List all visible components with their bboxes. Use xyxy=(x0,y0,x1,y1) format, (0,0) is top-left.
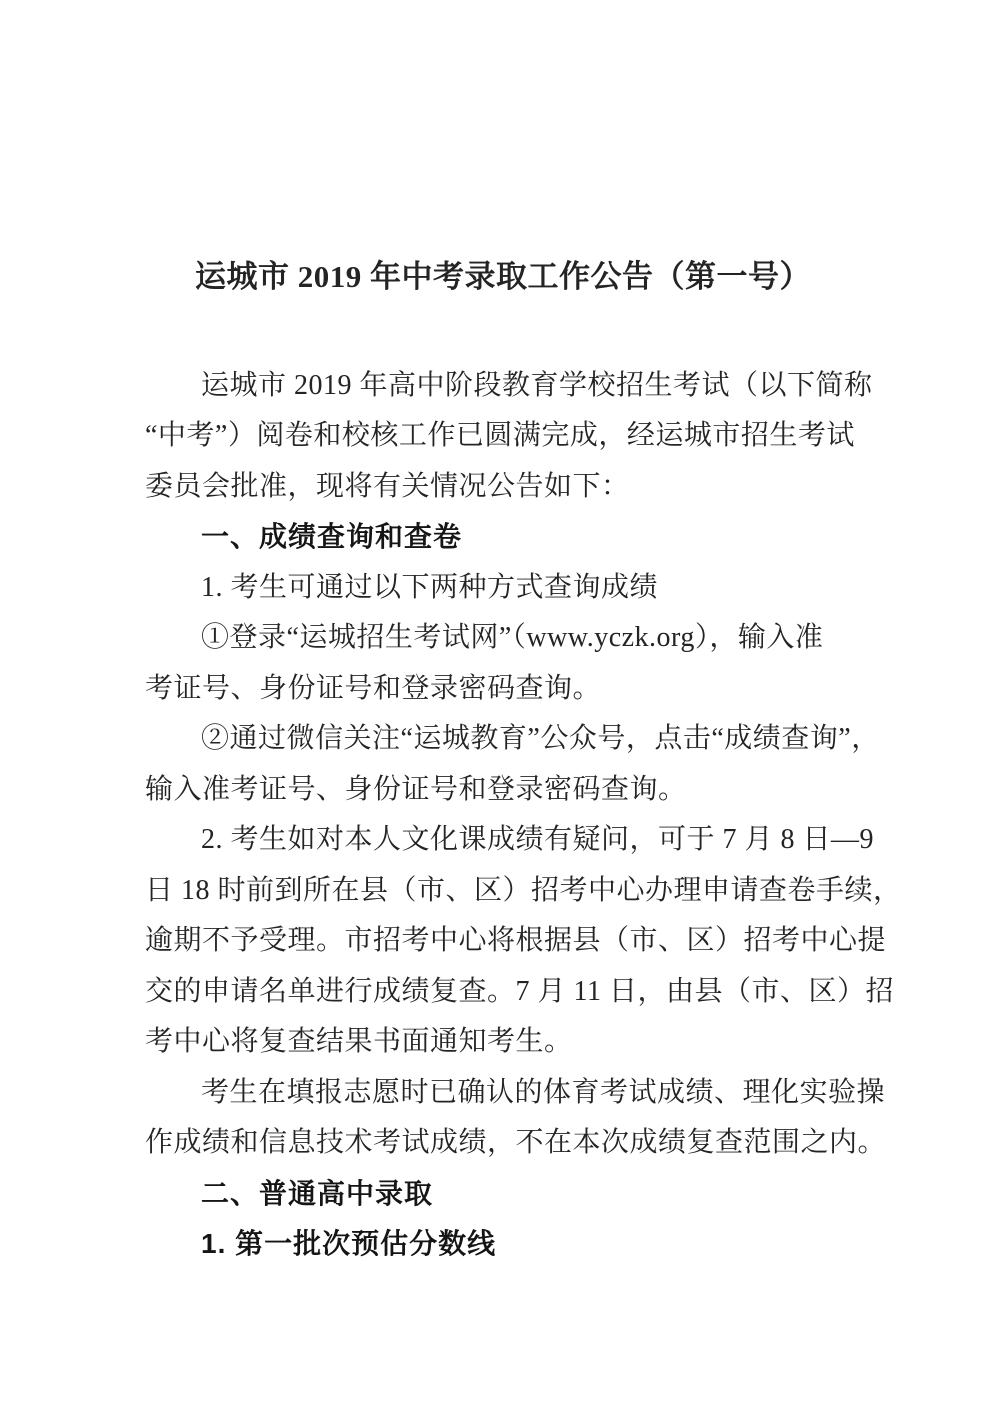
text-line: ①登录“运城招生考试网”（www.yczk.org），输入准 xyxy=(145,613,861,664)
paragraph: 考生在填报志愿时已确认的体育考试成绩、理化实验操作成绩和信息技术考试成绩，不在本… xyxy=(145,1068,861,1169)
paragraph: ①登录“运城招生考试网”（www.yczk.org），输入准考证号、身份证号和登… xyxy=(145,613,861,714)
text-line: 考证号、身份证号和登录密码查询。 xyxy=(145,664,861,715)
text-line: 交的申请名单进行成绩复查。7 月 11 日，由县（市、区）招 xyxy=(145,967,861,1018)
text-line: 输入准考证号、身份证号和登录密码查询。 xyxy=(145,765,861,816)
text-line: “中考”）阅卷和校核工作已圆满完成，经运城市招生考试 xyxy=(145,411,861,462)
text-line: 1. 第一批次预估分数线 xyxy=(145,1219,861,1270)
text-line: 作成绩和信息技术考试成绩，不在本次成绩复查范围之内。 xyxy=(145,1118,861,1169)
section-heading: 二、普通高中录取 xyxy=(145,1169,861,1220)
paragraph: ②通过微信关注“运城教育”公众号，点击“成绩查询”，输入准考证号、身份证号和登录… xyxy=(145,714,861,815)
document-title: 运城市 2019 年中考录取工作公告（第一号） xyxy=(145,252,861,303)
section-heading: 1. 第一批次预估分数线 xyxy=(145,1219,861,1270)
section-heading: 一、成绩查询和查卷 xyxy=(145,512,861,563)
text-line: 运城市 2019 年高中阶段教育学校招生考试（以下简称 xyxy=(145,361,861,412)
text-line: 运城市 2019 年中考录取工作公告（第一号） xyxy=(145,252,861,303)
text-line: ②通过微信关注“运城教育”公众号，点击“成绩查询”， xyxy=(145,714,861,765)
paragraph: 1. 考生可通过以下两种方式查询成绩 xyxy=(145,563,861,614)
paragraph: 运城市 2019 年高中阶段教育学校招生考试（以下简称“中考”）阅卷和校核工作已… xyxy=(145,361,861,513)
document-page: 运城市 2019 年中考录取工作公告（第一号）运城市 2019 年高中阶段教育学… xyxy=(0,0,1000,1414)
paragraph: 2. 考生如对本人文化课成绩有疑问，可于 7 月 8 日—9日 18 时前到所在… xyxy=(145,815,861,1068)
text-line: 一、成绩查询和查卷 xyxy=(145,512,861,563)
text-line: 日 18 时前到所在县（市、区）招考中心办理申请查卷手续， xyxy=(145,866,861,917)
text-line: 逾期不予受理。市招考中心将根据县（市、区）招考中心提 xyxy=(145,916,861,967)
text-line: 考生在填报志愿时已确认的体育考试成绩、理化实验操 xyxy=(145,1068,861,1119)
text-line: 1. 考生可通过以下两种方式查询成绩 xyxy=(145,563,861,614)
document-body: 运城市 2019 年中考录取工作公告（第一号）运城市 2019 年高中阶段教育学… xyxy=(145,252,861,1270)
text-line: 2. 考生如对本人文化课成绩有疑问，可于 7 月 8 日—9 xyxy=(145,815,861,866)
text-line: 考中心将复查结果书面通知考生。 xyxy=(145,1017,861,1068)
text-line: 二、普通高中录取 xyxy=(145,1169,861,1220)
text-line: 委员会批准，现将有关情况公告如下： xyxy=(145,462,861,513)
